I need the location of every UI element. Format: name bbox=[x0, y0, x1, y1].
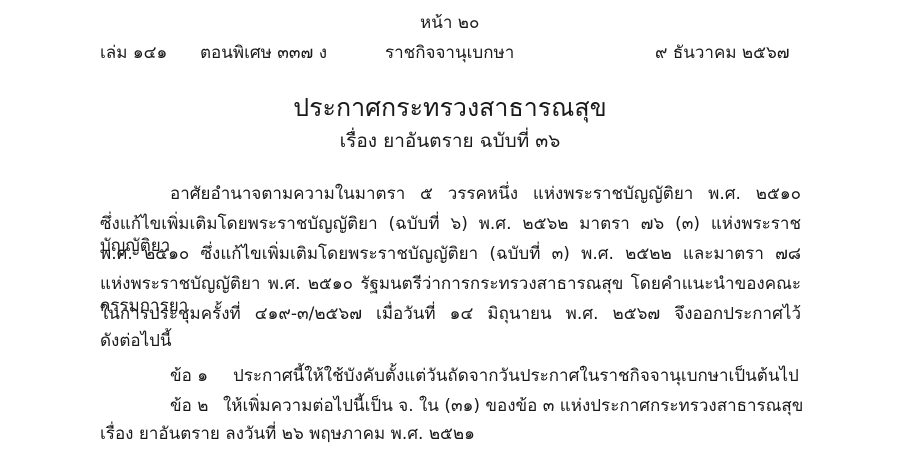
clause-2-text-line-1: ให้เพิ่มความต่อไปนี้เป็น จ. ใน (๓๑) ของข… bbox=[223, 395, 803, 417]
document-subtitle: เรื่อง ยาอันตราย ฉบับที่ ๓๖ bbox=[0, 128, 900, 154]
preamble-line-5: ในการประชุมครั้งที่ ๔๑๙-๓/๒๕๖๗ เมื่อวันท… bbox=[100, 303, 801, 325]
special-section: ตอนพิเศษ ๓๓๗ ง bbox=[200, 42, 327, 64]
preamble-line-6: ดังต่อไปนี้ bbox=[100, 330, 172, 352]
clause-2-text-line-2: เรื่อง ยาอันตราย ลงวันที่ ๒๖ พฤษภาคม พ.ศ… bbox=[100, 423, 475, 445]
clause-1-label: ข้อ ๑ bbox=[170, 365, 208, 387]
volume-number: เล่ม ๑๔๑ bbox=[100, 42, 167, 64]
gazette-page: หน้า ๒๐ เล่ม ๑๔๑ ตอนพิเศษ ๓๓๗ ง ราชกิจจา… bbox=[0, 0, 900, 450]
gazette-name: ราชกิจจานุเบกษา bbox=[385, 42, 514, 64]
preamble-line-1: อาศัยอำนาจตามความในมาตรา ๕ วรรคหนึ่ง แห่… bbox=[170, 183, 801, 205]
document-title: ประกาศกระทรวงสาธารณสุข bbox=[0, 92, 900, 124]
page-number: หน้า ๒๐ bbox=[420, 12, 479, 34]
publication-date: ๙ ธันวาคม ๒๕๖๗ bbox=[655, 42, 790, 64]
clause-2-label: ข้อ ๒ bbox=[170, 395, 208, 417]
preamble-line-3: พ.ศ. ๒๕๑๐ ซึ่งแก้ไขเพิ่มเติมโดยพระราชบัญ… bbox=[100, 243, 801, 265]
clause-1-text: ประกาศนี้ให้ใช้บังคับตั้งแต่วันถัดจากวัน… bbox=[233, 365, 799, 387]
